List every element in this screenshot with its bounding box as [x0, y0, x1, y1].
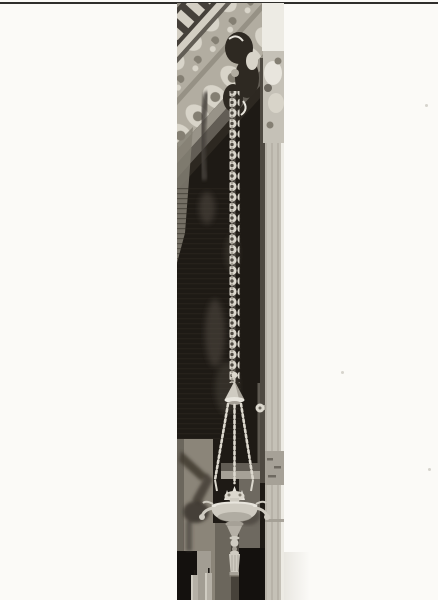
scan-speck	[425, 104, 428, 107]
page-shading	[284, 552, 310, 600]
photograph-sanctuary-lamp	[177, 3, 284, 600]
pilaster	[262, 3, 284, 600]
scanned-page	[0, 0, 438, 600]
painting-bottom-edge	[221, 471, 260, 479]
scan-speck	[428, 468, 431, 471]
dark-lower-right	[237, 548, 265, 600]
rosette-chain	[230, 91, 240, 383]
photo-canvas	[177, 3, 284, 600]
scan-speck	[341, 371, 344, 374]
lamp-wall-shadow	[177, 439, 213, 551]
tassel	[229, 551, 240, 577]
painting-bottom-shadow	[221, 463, 260, 471]
